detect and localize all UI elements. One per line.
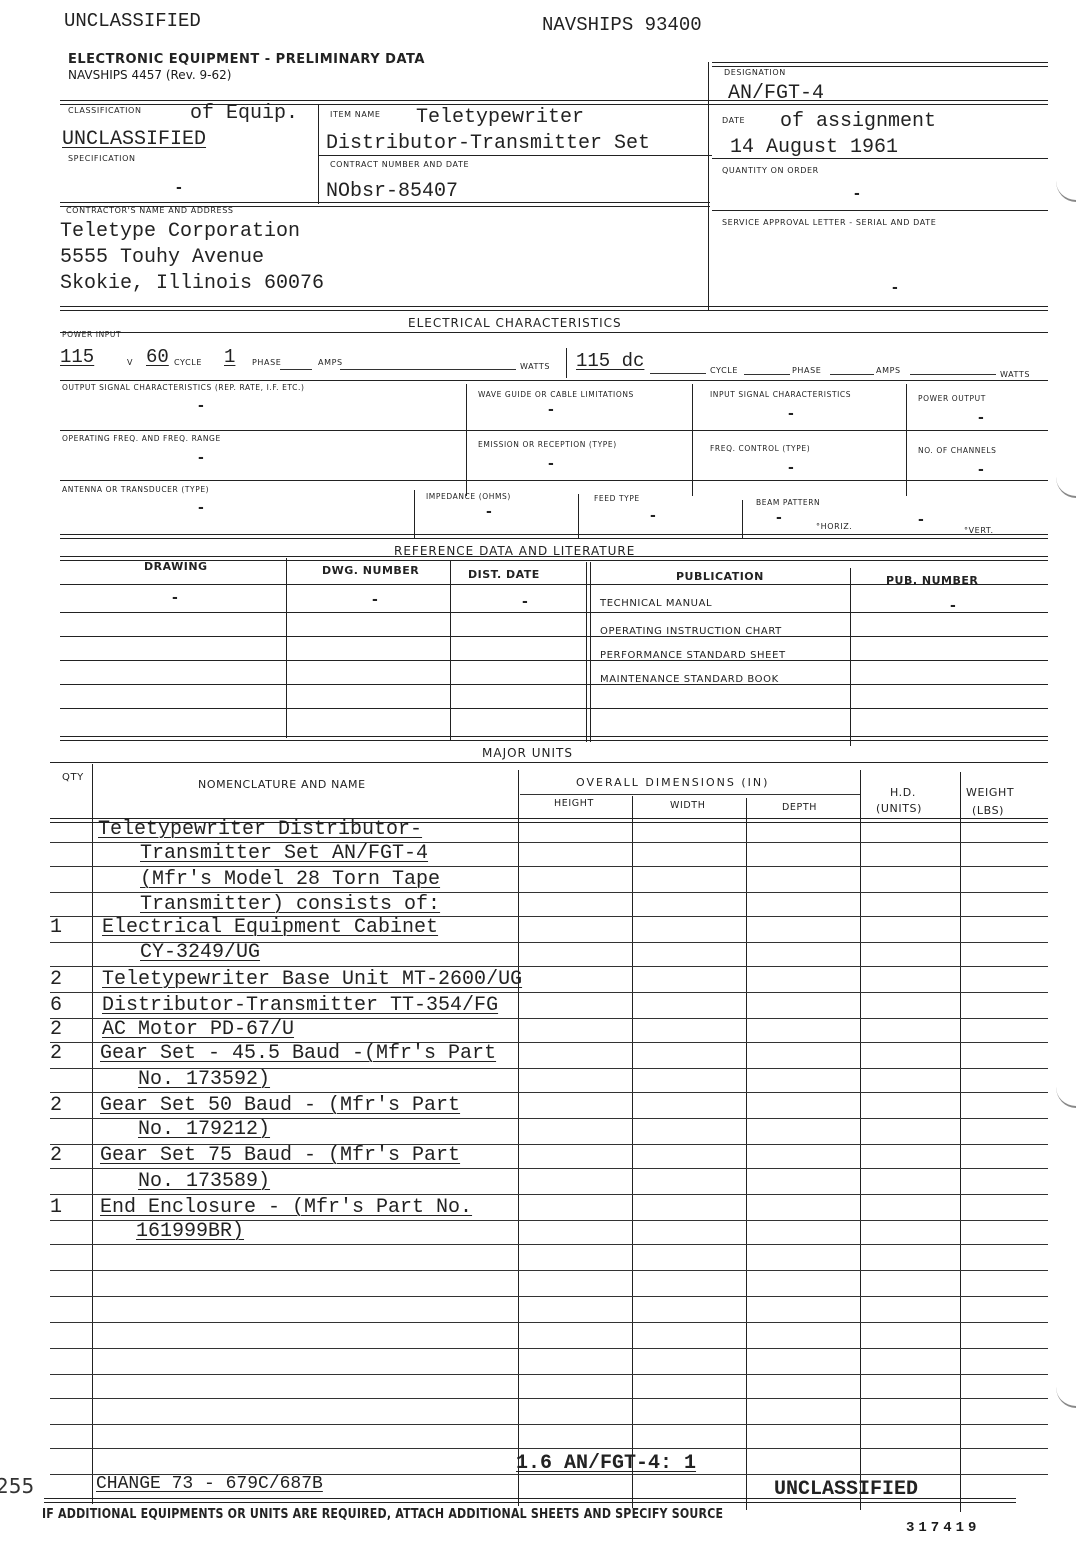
ac-cycle: 60: [146, 346, 169, 368]
major-units-title: MAJOR UNITS: [482, 746, 573, 760]
contract-value: NObsr-85407: [326, 180, 458, 203]
major-unit-row: Transmitter Set AN/FGT-4: [140, 842, 428, 865]
major-unit-row: Electrical Equipment Cabinet: [102, 916, 438, 939]
input-signal-label: INPUT SIGNAL CHARACTERISTICS: [710, 390, 851, 399]
date-suffix: of assignment: [780, 110, 936, 133]
col-weight-line1: WEIGHT: [966, 786, 1014, 799]
binder-hole-mark: [1056, 456, 1076, 498]
doc-number: NAVSHIPS 93400: [542, 14, 702, 36]
cycle-label: CYCLE: [174, 358, 202, 367]
major-unit-row: Teletypewriter Base Unit MT-2600/UG: [102, 968, 522, 991]
beam-vert-value: -: [918, 512, 924, 528]
classification-value: UNCLASSIFIED: [62, 128, 206, 151]
col-pub-number: PUB. NUMBER: [886, 574, 978, 587]
emission-value: -: [548, 456, 554, 472]
dwg-number-value: -: [372, 592, 378, 608]
ac-phase: 1: [224, 346, 235, 368]
major-unit-qty: 1: [50, 916, 62, 939]
col-hd-line2: (UNITS): [876, 802, 922, 815]
major-unit-row: AC Motor PD-67/U: [102, 1018, 294, 1041]
binder-hole-mark: [1056, 1366, 1076, 1408]
ac-volts: 115: [60, 346, 94, 368]
contract-label: CONTRACT NUMBER AND DATE: [330, 160, 469, 169]
channels-label: NO. OF CHANNELS: [918, 446, 997, 455]
form-number: NAVSHIPS 4457 (Rev. 9-62): [68, 68, 231, 82]
service-approval-label: SERVICE APPROVAL LETTER - SERIAL AND DAT…: [722, 218, 936, 227]
designation-label: DESIGNATION: [724, 68, 786, 77]
major-unit-qty: 2: [50, 1094, 62, 1117]
form-title: ELECTRONIC EQUIPMENT - PRELIMINARY DATA: [68, 52, 425, 67]
major-unit-row: CY-3249/UG: [140, 941, 260, 964]
drawing-value: -: [172, 590, 178, 606]
major-unit-qty: 1: [50, 1196, 62, 1219]
major-unit-qty: 2: [50, 968, 62, 991]
power-output-label: POWER OUTPUT: [918, 394, 986, 403]
major-unit-row: No. 173589): [138, 1170, 270, 1193]
major-unit-row: (Mfr's Model 28 Torn Tape: [140, 868, 440, 891]
classification-label: CLASSIFICATION: [68, 106, 142, 115]
dist-date-value: -: [522, 594, 528, 610]
phase-label: PHASE: [252, 358, 281, 367]
v-label: V: [127, 358, 133, 367]
classification-bottom: UNCLASSIFIED: [774, 1478, 918, 1501]
change-note: CHANGE 73 - 679C/687B: [96, 1474, 323, 1494]
major-unit-row: Distributor-Transmitter TT-354/FG: [102, 994, 498, 1017]
specification-value: -: [176, 180, 182, 196]
item-name-line2: Distributor-Transmitter Set: [326, 132, 650, 155]
col-drawing: DRAWING: [144, 560, 208, 573]
serial-number: 317419: [906, 1520, 980, 1536]
major-unit-row: End Enclosure - (Mfr's Part No.: [100, 1196, 472, 1219]
major-unit-row: No. 173592): [138, 1068, 270, 1091]
classification-suffix: of Equip.: [190, 102, 298, 125]
contractor-name: Teletype Corporation: [60, 220, 300, 243]
feed-label: FEED TYPE: [594, 494, 640, 503]
electrical-section-title: ELECTRICAL CHARACTERISTICS: [408, 316, 622, 330]
additional-sheets-instruction: IF ADDITIONAL EQUIPMENTS OR UNITS ARE RE…: [42, 1506, 723, 1522]
antenna-label: ANTENNA OR TRANSDUCER (TYPE): [62, 485, 209, 494]
beam-horiz-value: -: [776, 510, 782, 526]
power-input-label: POWER INPUT: [62, 330, 121, 339]
major-unit-qty: 6: [50, 994, 62, 1017]
col-depth: DEPTH: [782, 802, 817, 813]
freq-control-value: -: [788, 460, 794, 476]
channels-value: -: [978, 462, 984, 478]
contractor-city: Skokie, Illinois 60076: [60, 272, 324, 295]
major-unit-row: 161999BR): [136, 1220, 244, 1243]
output-signal-value: -: [198, 398, 204, 414]
quantity-label: QUANTITY ON ORDER: [722, 166, 819, 175]
col-dwg-number: DWG. NUMBER: [322, 564, 419, 577]
major-unit-row: Gear Set - 45.5 Baud -(Mfr's Part: [100, 1042, 496, 1065]
service-approval-value: -: [892, 280, 898, 296]
op-freq-label: OPERATING FREQ. AND FREQ. RANGE: [62, 434, 221, 443]
dc-cycle-label: CYCLE: [710, 366, 738, 375]
contractor-label: CONTRACTOR'S NAME AND ADDRESS: [66, 206, 234, 215]
col-nomenclature: NOMENCLATURE AND NAME: [198, 778, 366, 791]
contractor-street: 5555 Touhy Avenue: [60, 246, 264, 269]
major-unit-qty: 2: [50, 1042, 62, 1065]
col-height: HEIGHT: [554, 798, 594, 809]
binder-hole-mark: [1056, 1066, 1076, 1108]
classification-top: UNCLASSIFIED: [64, 10, 201, 32]
col-qty: QTY: [62, 772, 84, 783]
watts-label: WATTS: [520, 362, 550, 371]
col-dimensions: OVERALL DIMENSIONS (IN): [576, 776, 769, 789]
output-signal-label: OUTPUT SIGNAL CHARACTERISTICS (REP. RATE…: [62, 383, 305, 392]
date-value: 14 August 1961: [730, 136, 898, 159]
wave-guide-value: -: [548, 402, 554, 418]
col-publication: PUBLICATION: [676, 570, 764, 583]
beam-label: BEAM PATTERN: [756, 498, 820, 507]
power-output-value: -: [978, 410, 984, 426]
publication-name: TECHNICAL MANUAL: [600, 598, 712, 609]
major-unit-row: No. 179212): [138, 1118, 270, 1141]
date-label: DATE: [722, 116, 745, 125]
impedance-value: -: [486, 504, 492, 520]
major-unit-qty: 2: [50, 1144, 62, 1167]
impedance-label: IMPEDANCE (OHMS): [426, 492, 511, 501]
dc-amps-label: AMPS: [876, 366, 901, 375]
col-dist-date: DIST. DATE: [468, 568, 540, 581]
binder-hole-mark: [1056, 160, 1076, 202]
major-unit-row: Gear Set 50 Baud - (Mfr's Part: [100, 1094, 460, 1117]
designation-value: AN/FGT-4: [728, 82, 824, 105]
specification-label: SPECIFICATION: [68, 154, 136, 163]
dc-phase-label: PHASE: [792, 366, 821, 375]
dc-value: 115 dc: [576, 350, 644, 372]
page-prefix: 255: [0, 1474, 34, 1498]
feed-value: -: [650, 508, 656, 524]
major-unit-row: Teletypewriter Distributor-: [98, 818, 422, 841]
input-signal-value: -: [788, 406, 794, 422]
col-width: WIDTH: [670, 800, 705, 811]
major-unit-row: Transmitter) consists of:: [140, 893, 440, 916]
major-unit-row: Gear Set 75 Baud - (Mfr's Part: [100, 1144, 460, 1167]
antenna-value: -: [198, 500, 204, 516]
page-reference: 1.6 AN/FGT-4: 1: [516, 1452, 696, 1475]
wave-guide-label: WAVE GUIDE OR CABLE LIMITATIONS: [478, 390, 634, 399]
freq-control-label: FREQ. CONTROL (TYPE): [710, 444, 810, 453]
dc-watts-label: WATTS: [1000, 370, 1030, 379]
item-name-line1: Teletypewriter: [416, 106, 584, 129]
item-name-label: ITEM NAME: [330, 110, 381, 119]
col-hd-line1: H.D.: [890, 786, 916, 799]
op-freq-value: -: [198, 450, 204, 466]
beam-horiz-unit: °HORIZ.: [816, 522, 852, 531]
col-weight-line2: (LBS): [972, 804, 1004, 817]
quantity-value: -: [854, 186, 860, 202]
amps-label: AMPS: [318, 358, 343, 367]
major-unit-qty: 2: [50, 1018, 62, 1041]
emission-label: EMISSION OR RECEPTION (TYPE): [478, 440, 617, 449]
